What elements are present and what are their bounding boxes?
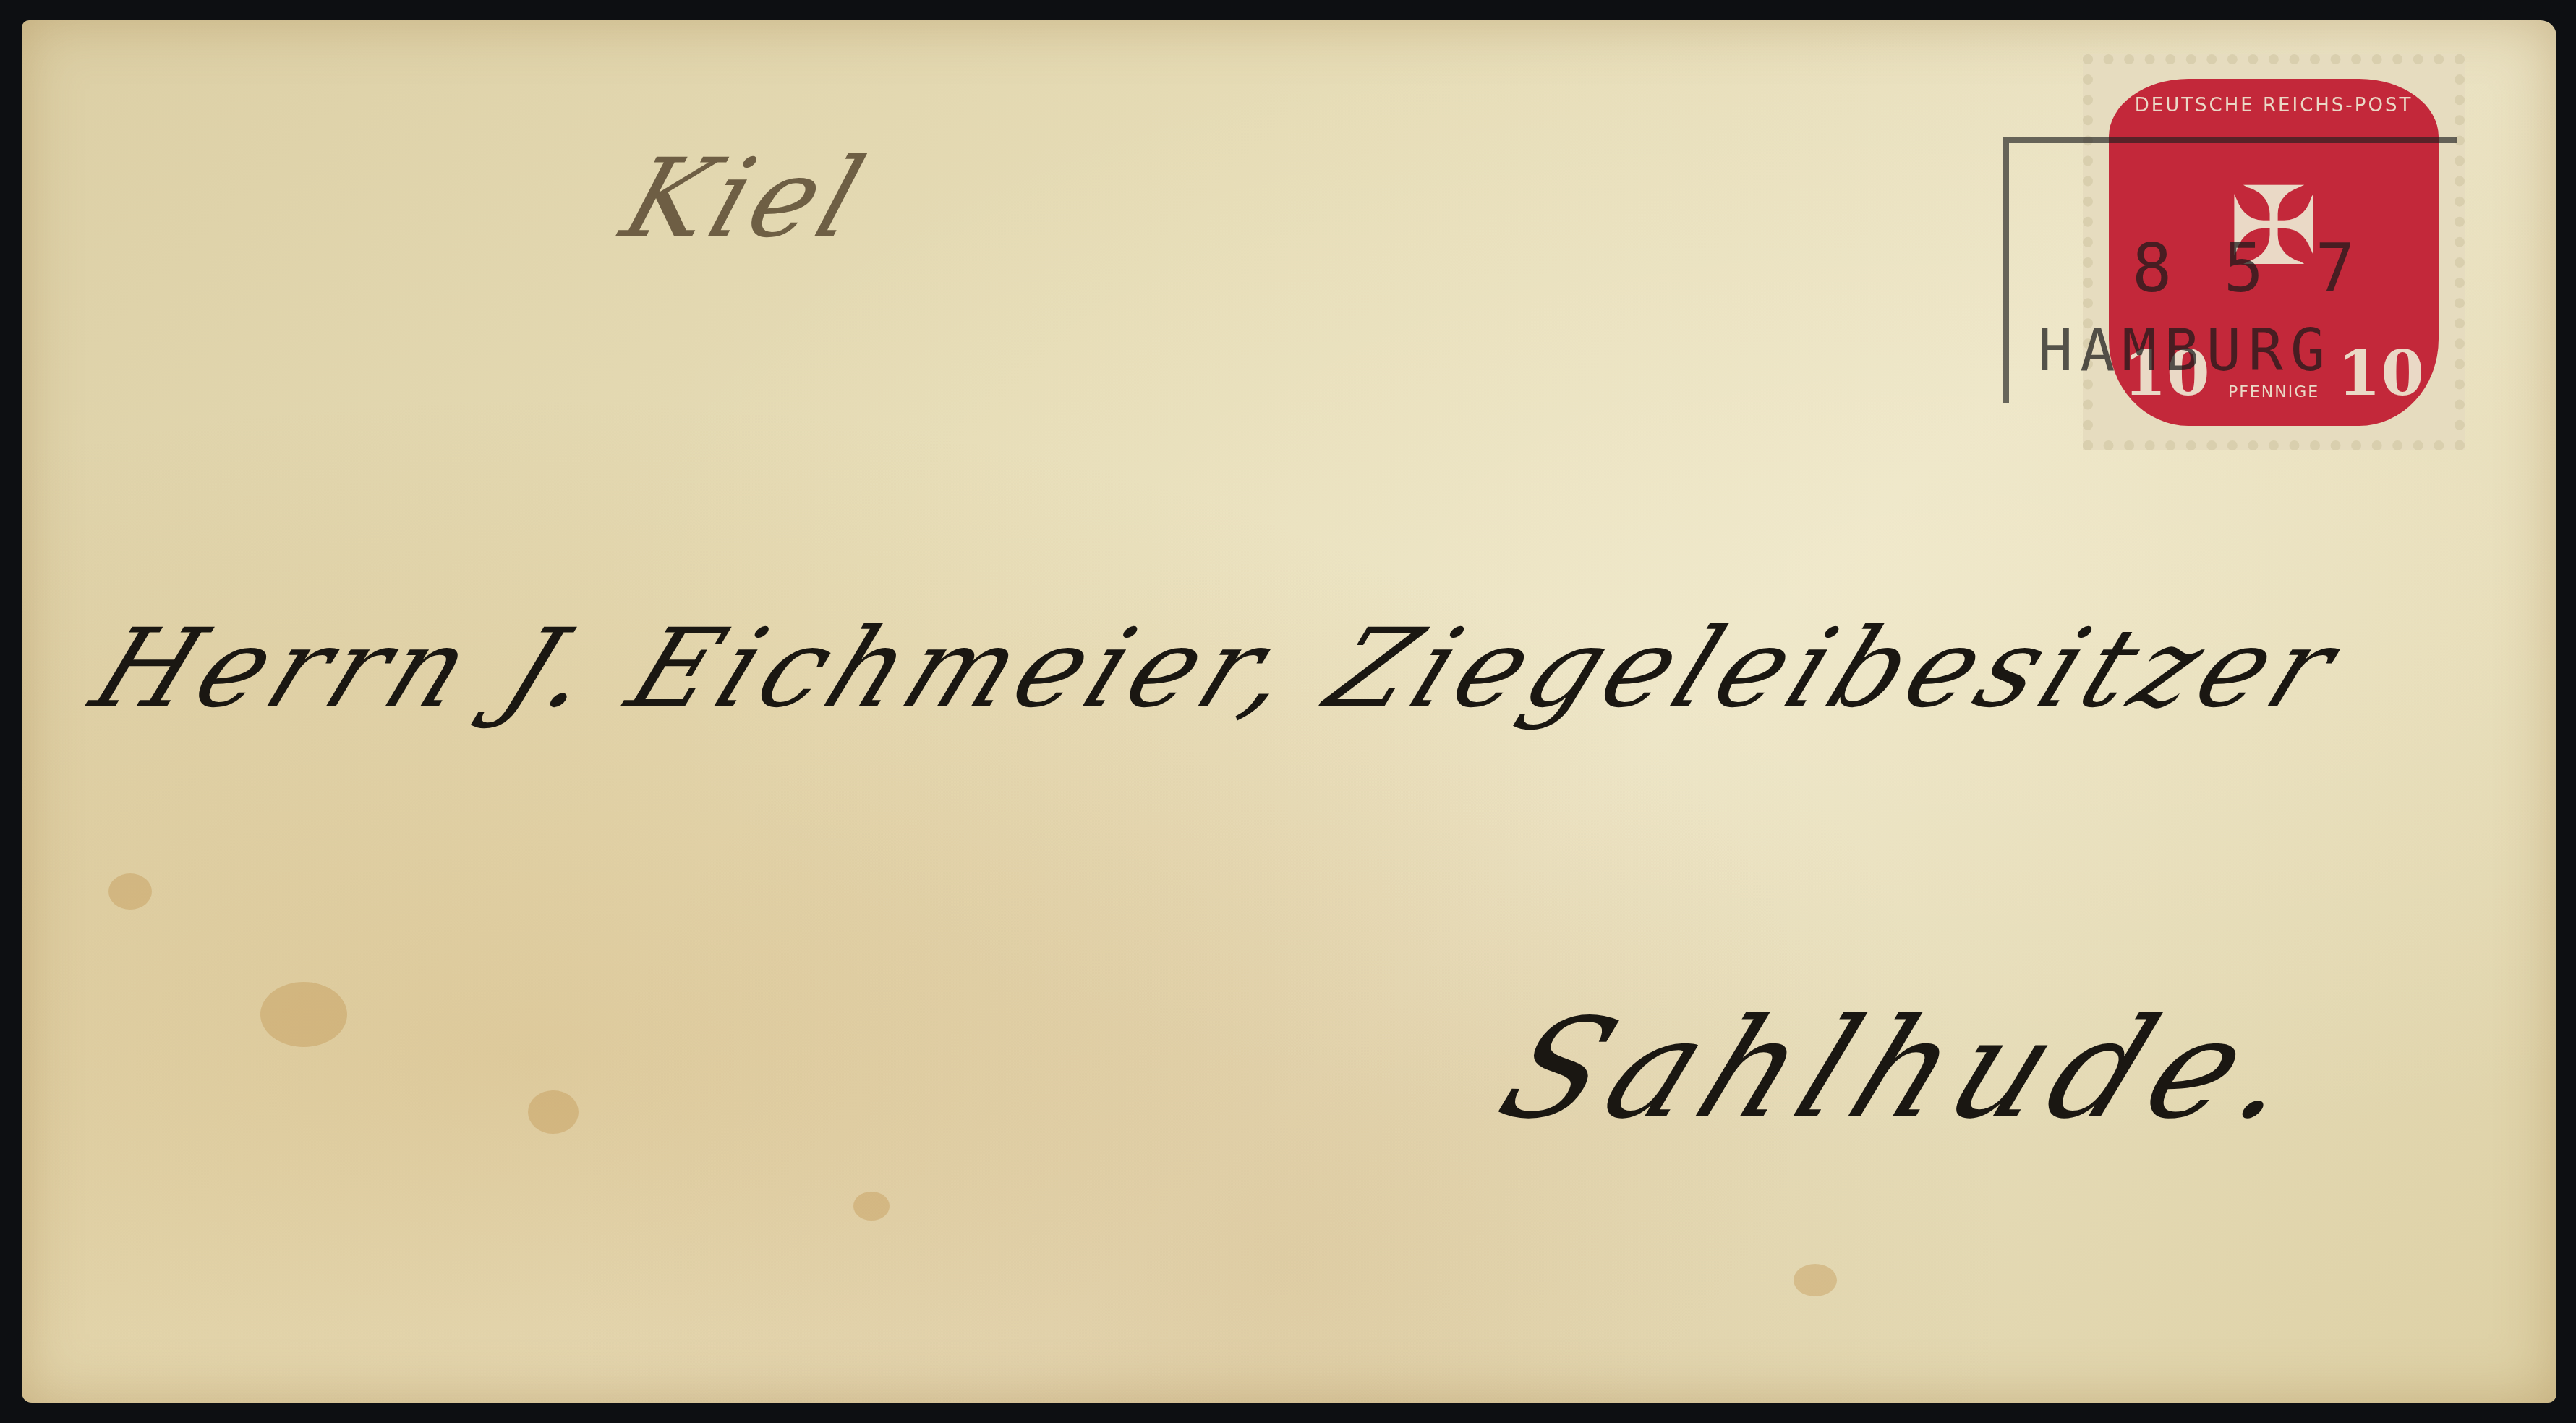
pencil-note: Kiel — [609, 136, 882, 262]
foxing-spot — [260, 982, 347, 1047]
address-line-recipient: Herrn J. Eichmeier, Ziegeleibesitzer — [76, 606, 2360, 732]
foxing-spot — [1794, 1264, 1837, 1296]
stamp-inscription: DEUTSCHE REICHS-POST — [2135, 95, 2413, 116]
foxing-spot — [528, 1090, 579, 1134]
address-line-town: Sahlhude. — [1479, 989, 2333, 1149]
postmark-city: HAMBURG — [2038, 317, 2332, 384]
foxing-spot — [853, 1192, 890, 1221]
postmark-date: 8 5 7 — [2132, 230, 2361, 307]
foxing-spot — [108, 873, 152, 910]
postmark: 8 5 7 HAMBURG — [2003, 137, 2457, 403]
